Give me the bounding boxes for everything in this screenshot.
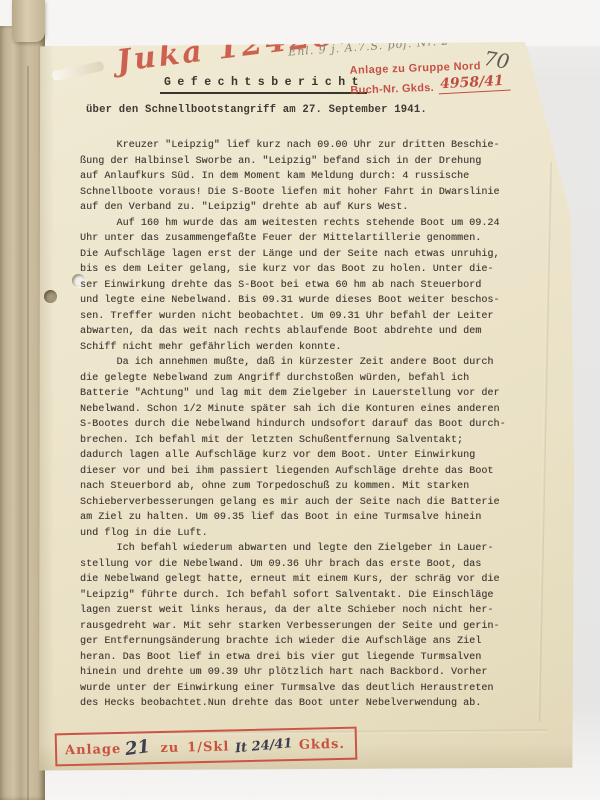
gruppe-nord-stamp: Anlage zu Gruppe Nord Buch-Nr. Gkds. 495… [349,59,509,97]
report-body: Kreuzer "Leipzig" lief kurz nach 09.00 U… [80,138,550,712]
emboss-scratch-mark [52,61,105,82]
paragraph-4: Ich befahl wiederum abwarten und legte d… [80,541,550,712]
report-subtitle: über den Schnellbootstangriff am 27. Sep… [86,104,427,116]
stamp-word-anlage: Anlage [65,742,122,758]
scanned-document-view: Juka 12428. Enl. 9 j. A.7.S. pof. Nr. 2 … [0,0,600,800]
handwritten-reference: It 24/41 [235,736,294,756]
stamp-book-number-value: 4958/41 [437,73,509,95]
punch-hole-backing [44,290,57,303]
report-title: Gefechtsbericht [160,76,367,94]
paragraph-3: Da ich annehmen mußte, daß in kürzester … [80,355,550,541]
anlage-registry-stamp: Anlage 21 zu 1/Skl It 24/41 Gkds. [55,727,358,767]
stamp-word-gkds: Gkds. [299,737,345,753]
document-page: Juka 12428. Enl. 9 j. A.7.S. pof. Nr. 2 … [38,42,574,772]
paper-curl-tab [12,0,45,42]
stamp-word-unit: 1/Skl [187,739,229,755]
stamp-book-number-line: Buch-Nr. Gkds. 4958/41 [350,73,510,97]
stamp-word-zu: zu [160,741,179,756]
bound-pages-edge [0,26,45,800]
paragraph-1: Kreuzer "Leipzig" lief kurz nach 09.00 U… [80,138,550,216]
scan-background [0,0,600,46]
handwritten-anlage-number: 21 [124,736,152,760]
paragraph-2: Auf 160 hm wurde das am weitesten rechts… [80,216,550,356]
stamp-book-number-label: Buch-Nr. Gkds. [350,82,434,97]
paper-stack-crease [27,66,29,800]
